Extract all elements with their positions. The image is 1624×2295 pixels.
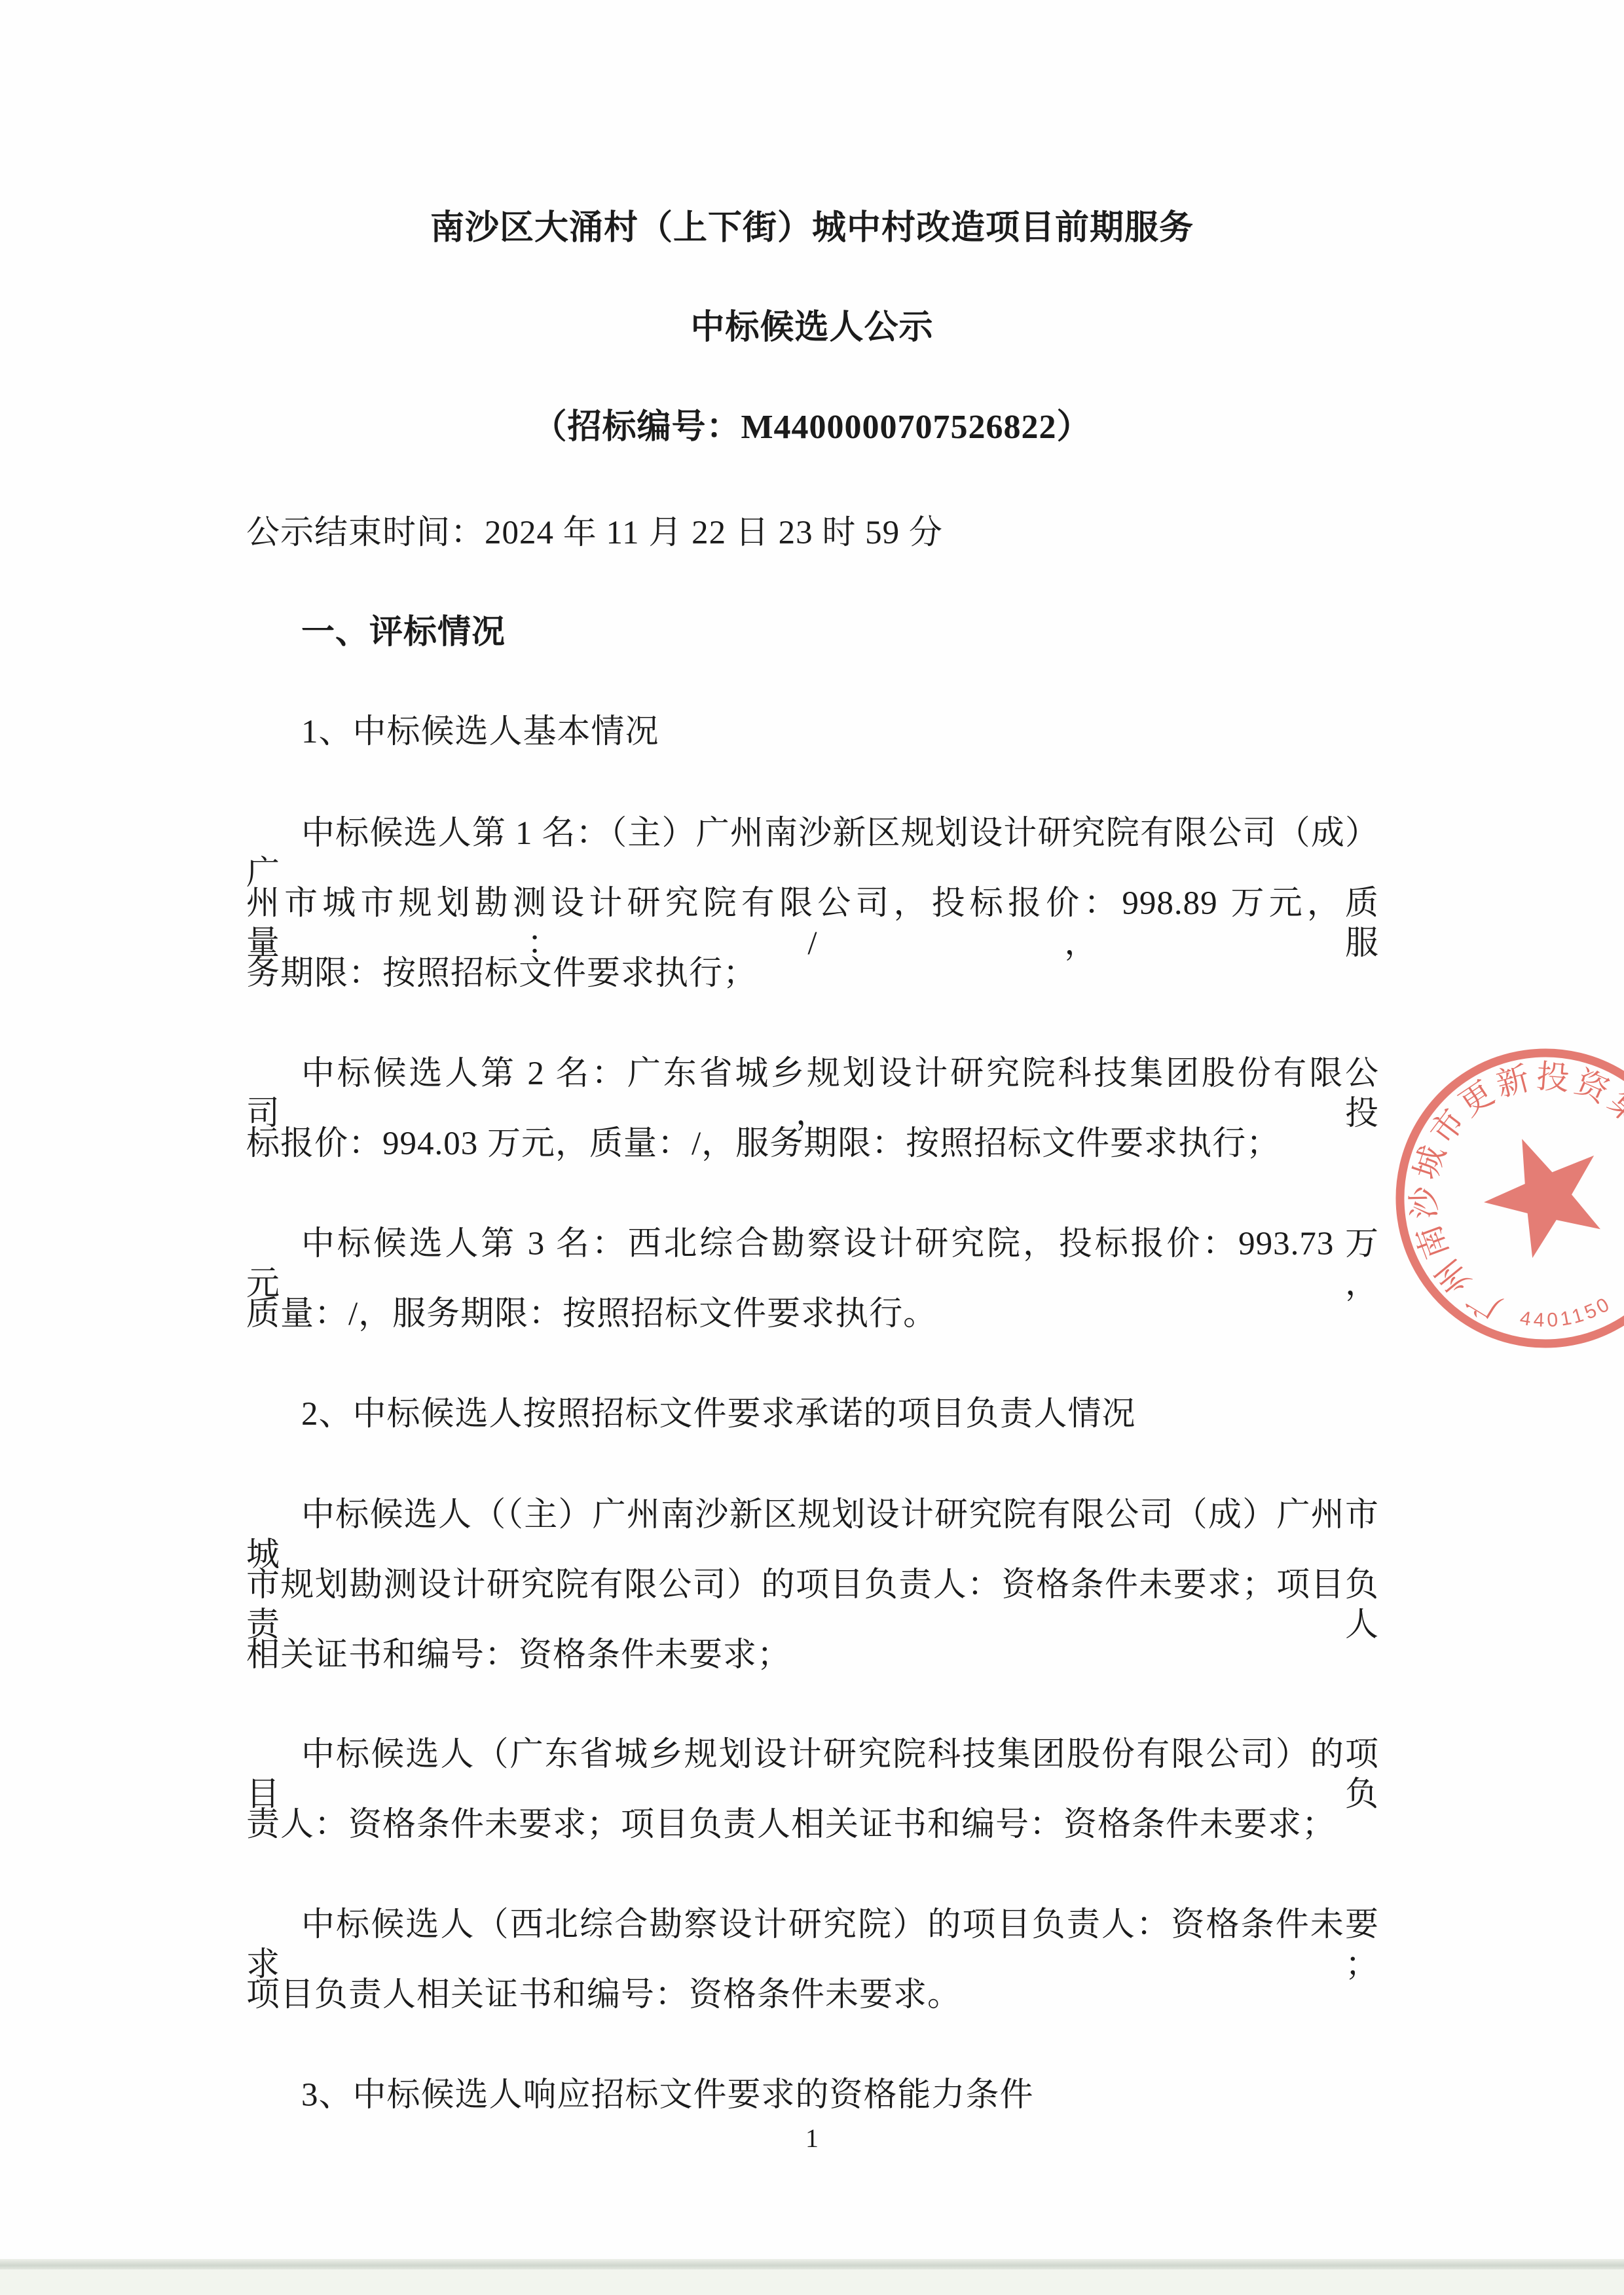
manager-1-line-2: 市规划勘测设计研究院有限公司）的项目负责人：资格条件未要求；项目负责人 — [246, 1566, 1379, 1645]
subsection-1-heading: 1、中标候选人基本情况 — [246, 712, 1379, 752]
company-seal-stamp: 广州南沙城市更新投资集团 4401150 — [1277, 917, 1624, 1493]
document-page: 南沙区大涌村（上下街）城中村改造项目前期服务 中标候选人公示 （招标编号：M44… — [0, 0, 1624, 2295]
doc-title-bid-number: （招标编号：M4400000707526822） — [0, 407, 1624, 448]
doc-title-announcement: 中标候选人公示 — [0, 308, 1624, 348]
page-number: 1 — [0, 2123, 1624, 2154]
manager-1-line-3: 相关证书和编号：资格条件未要求； — [246, 1636, 1379, 1676]
subsection-3-heading: 3、中标候选人响应招标文件要求的资格能力条件 — [246, 2076, 1379, 2116]
svg-text:广州南沙城市更新投资集团: 广州南沙城市更新投资集团 — [1386, 1040, 1624, 1336]
subsection-2-heading: 2、中标候选人按照招标文件要求承诺的项目负责人情况 — [246, 1395, 1379, 1435]
candidate-1-line-1: 中标候选人第 1 名：（主）广州南沙新区规划设计研究院有限公司（成）广 — [246, 814, 1379, 894]
seal-arc-text: 广州南沙城市更新投资集团 — [1386, 1040, 1624, 1336]
candidate-1-line-2: 州市城市规划勘测设计研究院有限公司，投标报价：998.89 万元，质量：/，服 — [246, 884, 1379, 964]
candidate-2-line-2: 标报价：994.03 万元，质量：/，服务期限：按照招标文件要求执行； — [246, 1124, 1379, 1164]
manager-3-line-1: 中标候选人（西北综合勘察设计研究院）的项目负责人：资格条件未要求； — [246, 1905, 1379, 1985]
seal-star-icon — [1467, 1116, 1621, 1267]
candidate-2-line-1: 中标候选人第 2 名：广东省城乡规划设计研究院科技集团股份有限公司，投 — [246, 1054, 1379, 1134]
candidate-3-line-1: 中标候选人第 3 名：西北综合勘察设计研究院，投标报价：993.73 万元， — [246, 1224, 1379, 1304]
manager-3-line-2: 项目负责人相关证书和编号：资格条件未要求。 — [246, 1975, 1379, 2015]
candidate-1-line-3: 务期限：按照招标文件要求执行； — [246, 954, 1379, 994]
manager-2-line-2: 责人：资格条件未要求；项目负责人相关证书和编号：资格条件未要求； — [246, 1805, 1379, 1845]
doc-title-project: 南沙区大涌村（上下街）城中村改造项目前期服务 — [0, 208, 1624, 249]
publicity-end-time-line: 公示结束时间：2024 年 11 月 22 日 23 时 59 分 — [246, 513, 1379, 553]
scan-edge-footer — [0, 2269, 1624, 2295]
section-1-heading: 一、评标情况 — [246, 613, 1379, 653]
candidate-3-line-2: 质量：/，服务期限：按照招标文件要求执行。 — [246, 1294, 1379, 1334]
manager-2-line-1: 中标候选人（广东省城乡规划设计研究院科技集团股份有限公司）的项目负 — [246, 1735, 1379, 1815]
manager-1-line-1: 中标候选人（（主）广州南沙新区规划设计研究院有限公司（成）广州市城 — [246, 1496, 1379, 1575]
